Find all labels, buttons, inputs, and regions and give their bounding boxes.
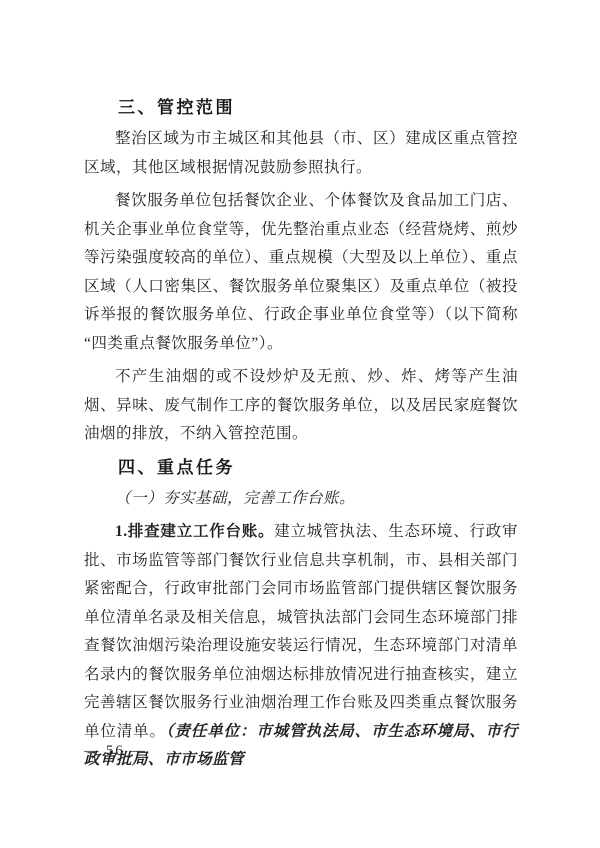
document-body: 三、管控范围 整治区域为市主城区和其他县（市、区）建成区重点管控区域，其他区域根… <box>84 93 518 775</box>
task-1-title: 1.排查建立工作台账。 <box>115 523 274 540</box>
paragraph-catering-units: 餐饮服务单位包括餐饮企业、个体餐饮及食品加工门店、机关企事业单位食堂等，优先整治… <box>84 187 518 358</box>
subsection-heading-work-ledger: （一）夯实基础，完善工作台账。 <box>84 485 518 514</box>
section-heading-key-tasks: 四、重点任务 <box>84 453 518 483</box>
section-heading-control-scope: 三、管控范围 <box>84 93 518 123</box>
paragraph-control-area: 整治区域为市主城区和其他县（市、区）建成区重点管控区域，其他区域根据情况鼓励参照… <box>84 125 518 182</box>
document-page: 三、管控范围 整治区域为市主城区和其他县（市、区）建成区重点管控区域，其他区域根… <box>0 0 600 848</box>
paragraph-exclusions: 不产生油烟的或不设炒炉及无煎、炒、炸、烤等产生油烟、异味、废气制作工序的餐饮服务… <box>84 363 518 449</box>
paragraph-task-1: 1.排查建立工作台账。建立城管执法、生态环境、行政审批、市场监管等部门餐饮行业信… <box>84 518 518 775</box>
page-number: — 56 — <box>84 743 147 760</box>
task-1-body: 建立城管执法、生态环境、行政审批、市场监管等部门餐饮行业信息共享机制，市、县相关… <box>84 523 518 740</box>
